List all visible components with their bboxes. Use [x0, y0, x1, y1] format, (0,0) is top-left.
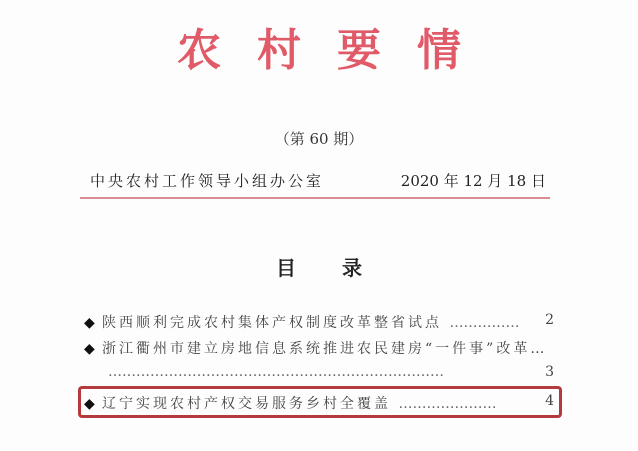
toc-title: 目录 [0, 252, 638, 281]
issue-number: （第 60 期） [0, 128, 638, 149]
toc-item-text: 陕西顺利完成农村集体产权制度改革整省试点 [102, 315, 442, 331]
organization: 中央农村工作领导小组办公室 [90, 170, 324, 191]
toc-page-number: 3 [545, 364, 554, 380]
toc-item-highlighted[interactable]: ◆辽宁实现农村产权交易服务乡村全覆盖 ………………… 4 [84, 393, 554, 413]
toc-item-continuation: ……………………………………………………………… 3 [108, 364, 554, 380]
toc-item-text: 浙江衢州市建立房地信息系统推进农民建房“一件事”改革… [102, 341, 547, 357]
leader-dots: ……………………………………………………………… [108, 364, 444, 380]
toc-item[interactable]: ◆陕西顺利完成农村集体产权制度改革整省试点 …………… 2 [84, 312, 554, 332]
leader-dots: …………… [449, 315, 519, 331]
toc-item[interactable]: ◆浙江衢州市建立房地信息系统推进农民建房“一件事”改革… [84, 338, 554, 358]
diamond-bullet-icon: ◆ [84, 315, 102, 331]
toc-page-number: 2 [545, 312, 554, 328]
header-divider [80, 197, 550, 199]
toc-page-number: 4 [545, 393, 554, 409]
leader-dots: ………………… [398, 396, 496, 412]
masthead-title: 农村要情 [0, 14, 638, 78]
publish-date: 2020 年 12 月 18 日 [401, 170, 546, 191]
diamond-bullet-icon: ◆ [84, 396, 102, 412]
diamond-bullet-icon: ◆ [84, 341, 102, 357]
toc-item-text: 辽宁实现农村产权交易服务乡村全覆盖 [102, 396, 391, 412]
